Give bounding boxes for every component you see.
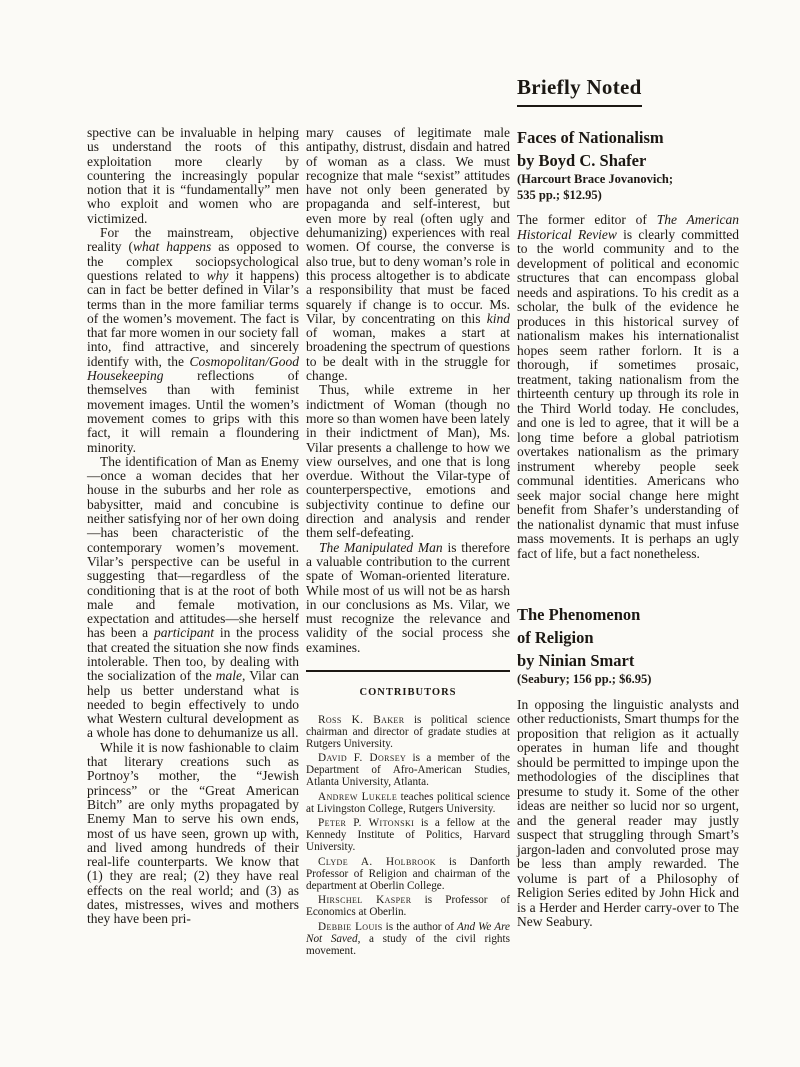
contributor-entry: David F. Dorsey is a member of the Depar… [306,750,510,789]
contributor-entry: Debbie Louis is the author of And We Are… [306,918,510,957]
contributor-entry: Clyde A. Holbrook is Danforth Professor … [306,853,510,892]
paragraph: In opposing the linguistic analysts and … [517,698,739,930]
review-byline: by Boyd C. Shafer [517,149,739,172]
review-body: In opposing the linguistic analysts and … [517,698,739,930]
paragraph: The identification of Man as Enemy—once … [87,455,299,741]
paragraph: mary causes of legitimate male antipathy… [306,126,510,383]
review-publisher-info: (Harcourt Brace Jovanovich; 535 pp.; $12… [517,172,739,203]
paragraph: Thus, while extreme in her indictment of… [306,383,510,540]
contributor-entry: Ross K. Baker is political science chair… [306,711,510,750]
contributor-entry: Hirschel Kasper is Professor of Economic… [306,892,510,919]
contributor-entry: Peter P. Witonski is a fellow at the Ken… [306,815,510,854]
paragraph: For the mainstream, objective reality (w… [87,226,299,455]
right-column: Briefly Noted Faces of Nationalism by Bo… [517,75,739,930]
paragraph: The former editor of The American Histor… [517,213,739,561]
book-review: Faces of Nationalism by Boyd C. Shafer (… [517,126,739,561]
review-byline: by Ninian Smart [517,649,739,672]
middle-column-body: mary causes of legitimate male antipathy… [306,126,510,655]
contributors-list: Ross K. Baker is political science chair… [306,711,510,957]
review-publisher-info: (Seabury; 156 pp.; $6.95) [517,672,739,688]
paragraph: spective can be invaluable in helping us… [87,126,299,226]
contributors-divider-rule [306,670,510,673]
briefly-noted-heading: Briefly Noted [517,75,642,107]
middle-column: mary causes of legitimate male antipathy… [306,126,510,957]
review-title: Faces of Nationalism [517,126,739,149]
review-title: The Phenomenon of Religion [517,603,739,649]
review-body: The former editor of The American Histor… [517,213,739,561]
paragraph: The Manipulated Man is therefore a valua… [306,541,510,655]
contributors-heading: CONTRIBUTORS [306,687,510,698]
paragraph: While it is now fashionable to claim tha… [87,741,299,927]
book-review: The Phenomenon of Religion by Ninian Sma… [517,603,739,930]
contributor-entry: Andrew Lukele teaches political science … [306,788,510,815]
left-column: spective can be invaluable in helping us… [87,126,299,927]
magazine-page: spective can be invaluable in helping us… [0,0,800,1067]
